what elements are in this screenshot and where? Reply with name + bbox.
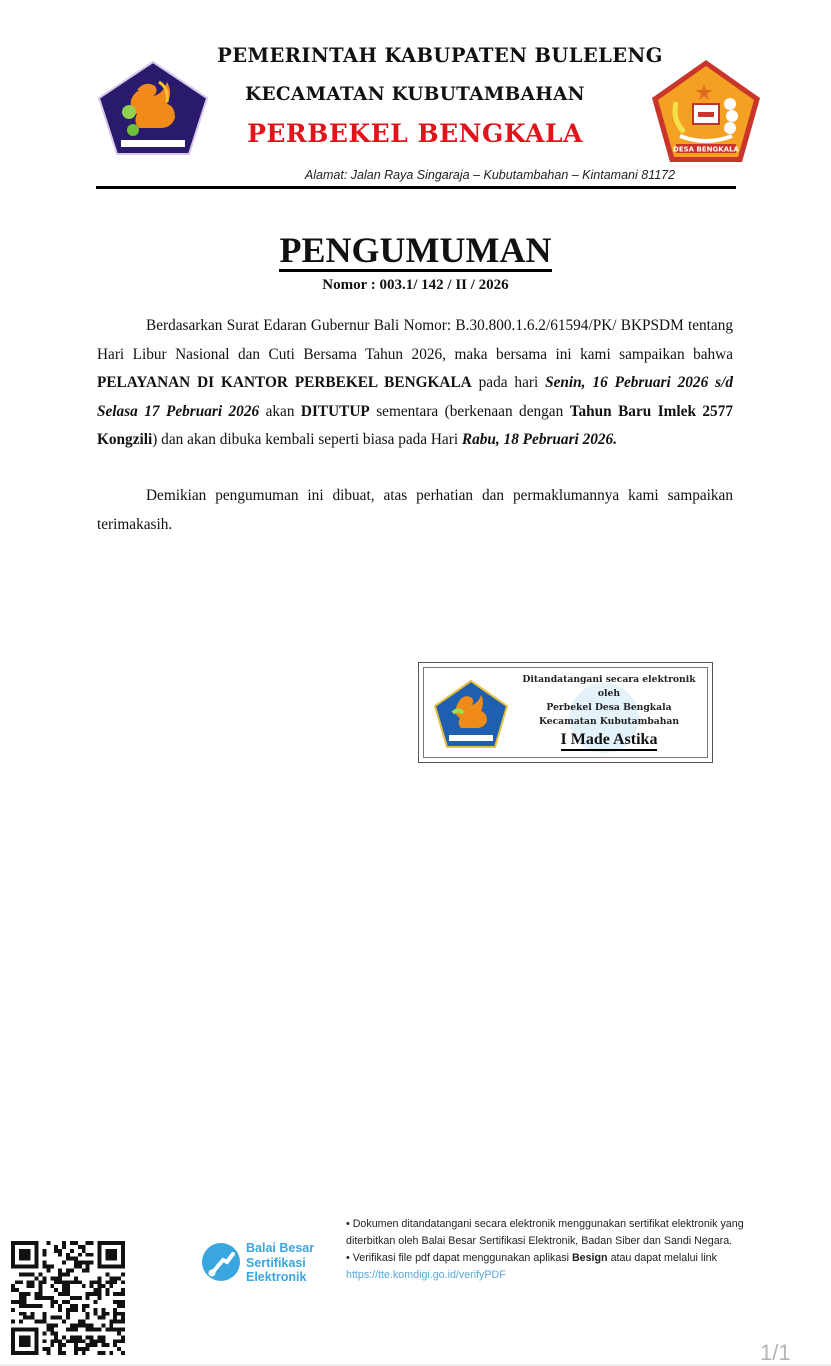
text: sementara (berkenaan dengan [370,403,570,420]
service-office-emphasis: PELAYANAN DI KANTOR PERBEKEL BENGKALA [97,374,472,391]
signature-line-2: Perbekel Desa Bengkala [513,701,705,715]
document-title-text: PENGUMUMAN [279,231,553,272]
certificate-note-2: • Verifikasi file pdf dapat menggunakan … [346,1250,746,1284]
bsre-line-2: Sertifikasi [246,1256,314,1271]
letterhead-office: PERBEKEL BENGKALA [200,119,630,148]
closed-emphasis: DITUTUP [301,403,370,420]
electronic-signature-box: Ditandatangani secara elektronik oleh Pe… [418,662,713,763]
note-text: atau dapat melalui link [608,1252,717,1264]
letterhead-district: KECAMATAN KUBUTAMBAHAN [200,84,630,105]
certificate-note-1: • Dokumen ditandatangani secara elektron… [346,1216,746,1250]
certificate-notes: • Dokumen ditandatangani secara elektron… [346,1216,746,1284]
qr-code-icon[interactable] [11,1241,125,1355]
note-text: Verifikasi file pdf dapat menggunakan ap… [353,1252,572,1264]
desa-bengkala-emblem-icon: DESA BENGKALA [650,58,762,164]
letterhead-government: PEMERINTAH KABUPATEN BULELENG [200,44,680,67]
text: pada hari [472,374,545,391]
signature-line-1: Ditandatangani secara elektronik oleh [513,673,705,701]
letterhead-address: Alamat: Jalan Raya Singaraja – Kubutamba… [250,168,730,182]
verify-pdf-link[interactable]: https://tte.komdigi.go.id/verifyPDF [346,1269,506,1281]
document-number: Nomor : 003.1/ 142 / II / 2026 [0,277,831,294]
signatory-name: I Made Astika [513,731,705,751]
signature-line-3: Kecamatan Kubutambahan [513,715,705,729]
svg-text:DESA BENGKALA: DESA BENGKALA [673,146,740,154]
letterhead-divider [96,186,736,189]
text: akan [259,403,301,420]
text: Berdasarkan Surat Edaran Gubernur Bali N… [97,317,733,363]
besign-app-name: Besign [572,1252,608,1264]
text: ) dan akan dibuka kembali seperti biasa … [152,431,462,448]
pdf-page: DESA BENGKALA PEMERINTAH KABUPATEN BULEL… [0,0,831,1366]
signatory-name-text: I Made Astika [561,731,658,751]
bsre-line-1: Balai Besar [246,1241,314,1256]
bsre-logo-icon [201,1242,241,1282]
signature-statement: Ditandatangani secara elektronik oleh Pe… [513,673,705,729]
page-indicator: 1/1 [760,1340,791,1366]
buleleng-regency-emblem-icon [97,60,209,156]
note-text: Dokumen ditandatangani secara elektronik… [346,1218,744,1247]
announcement-paragraph-1: Berdasarkan Surat Edaran Gubernur Bali N… [97,312,733,455]
bsre-line-3: Elektronik [246,1270,314,1285]
buleleng-regency-emblem-icon [433,679,509,749]
text: Demikian pengumuman ini dibuat, atas per… [97,487,733,533]
bsre-wordmark: Balai Besar Sertifikasi Elektronik [246,1241,314,1285]
announcement-paragraph-2: Demikian pengumuman ini dibuat, atas per… [97,482,733,539]
reopen-date: Rabu, 18 Pebruari 2026. [462,431,617,448]
document-title: PENGUMUMAN [0,231,831,272]
